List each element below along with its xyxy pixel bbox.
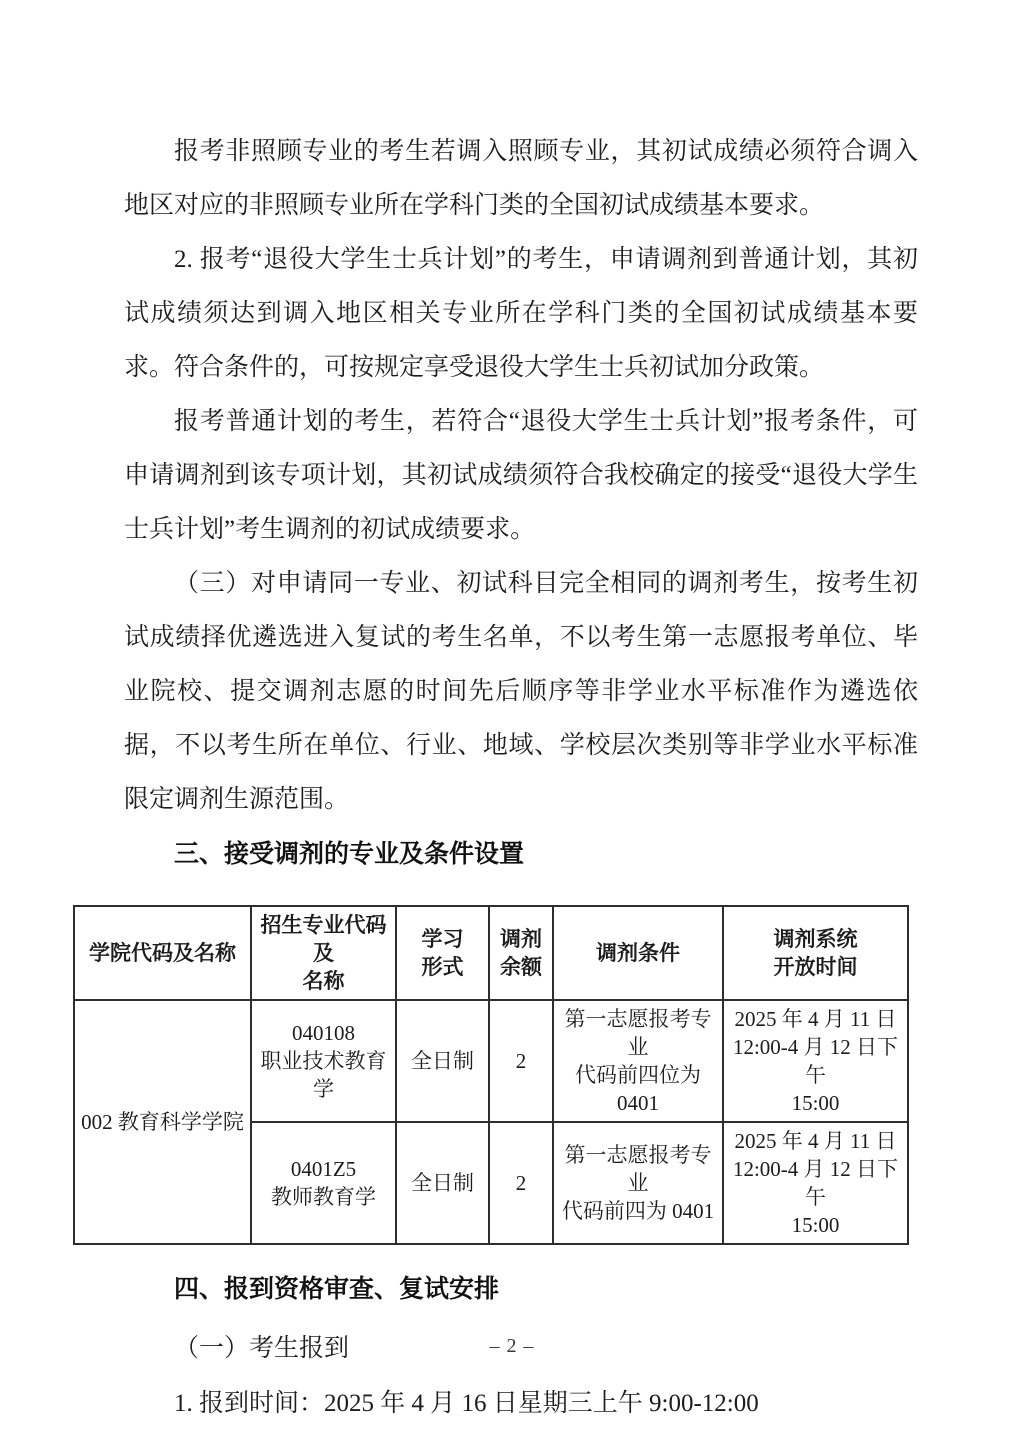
body-paragraph: （三）对申请同一专业、初试科目完全相同的调剂考生，按考生初试成绩择优遴选进入复试… xyxy=(124,557,918,827)
condition-cell: 第一志愿报考专业 代码前四为 0401 xyxy=(553,1122,723,1244)
program-cell: 040108 职业技术教育学 xyxy=(251,1000,396,1122)
section-4-heading: 四、报到资格审查、复试安排 xyxy=(124,1262,918,1316)
quota-cell: 2 xyxy=(489,1000,553,1122)
header-college: 学院代码及名称 xyxy=(74,906,251,1000)
transfer-table: 学院代码及名称 招生专业代码及 名称 学习 形式 调剂 余额 调剂条件 调剂系统… xyxy=(73,905,909,1245)
program-cell: 0401Z5 教师教育学 xyxy=(251,1122,396,1244)
section-3-heading: 三、接受调剂的专业及条件设置 xyxy=(124,827,918,881)
body-paragraph: 报考非照顾专业的考生若调入照顾专业，其初试成绩必须符合调入地区对应的非照顾专业所… xyxy=(124,125,918,233)
header-study-mode: 学习 形式 xyxy=(396,906,489,1000)
header-condition: 调剂条件 xyxy=(553,906,723,1000)
report-time-line: 1. 报到时间：2025 年 4 月 16 日星期三上午 9:00-12:00 xyxy=(124,1377,918,1431)
system-window-cell: 2025 年 4 月 11 日 12:00-4 月 12 日下午 15:00 xyxy=(723,1000,908,1122)
transfer-table-container: 学院代码及名称 招生专业代码及 名称 学习 形式 调剂 余额 调剂条件 调剂系统… xyxy=(73,905,907,1245)
table-header-row: 学院代码及名称 招生专业代码及 名称 学习 形式 调剂 余额 调剂条件 调剂系统… xyxy=(74,906,908,1000)
body-paragraph: 2. 报考“退役大学生士兵计划”的考生，申请调剂到普通计划，其初试成绩须达到调入… xyxy=(124,233,918,395)
document-page: 报考非照顾专业的考生若调入照顾专业，其初试成绩必须符合调入地区对应的非照顾专业所… xyxy=(0,0,1024,1431)
quota-cell: 2 xyxy=(489,1122,553,1244)
system-window-cell: 2025 年 4 月 11 日 12:00-4 月 12 日下午 15:00 xyxy=(723,1122,908,1244)
condition-cell: 第一志愿报考专业 代码前四位为 0401 xyxy=(553,1000,723,1122)
page-number: – 2 – xyxy=(0,1334,1024,1358)
header-system-window: 调剂系统 开放时间 xyxy=(723,906,908,1000)
study-mode-cell: 全日制 xyxy=(396,1000,489,1122)
table-row: 002 教育科学学院 040108 职业技术教育学 全日制 2 第一志愿报考专业… xyxy=(74,1000,908,1122)
body-paragraph: 报考普通计划的考生，若符合“退役大学生士兵计划”报考条件，可申请调剂到该专项计划… xyxy=(124,395,918,557)
college-cell: 002 教育科学学院 xyxy=(74,1000,251,1244)
header-program: 招生专业代码及 名称 xyxy=(251,906,396,1000)
study-mode-cell: 全日制 xyxy=(396,1122,489,1244)
header-quota: 调剂 余额 xyxy=(489,906,553,1000)
